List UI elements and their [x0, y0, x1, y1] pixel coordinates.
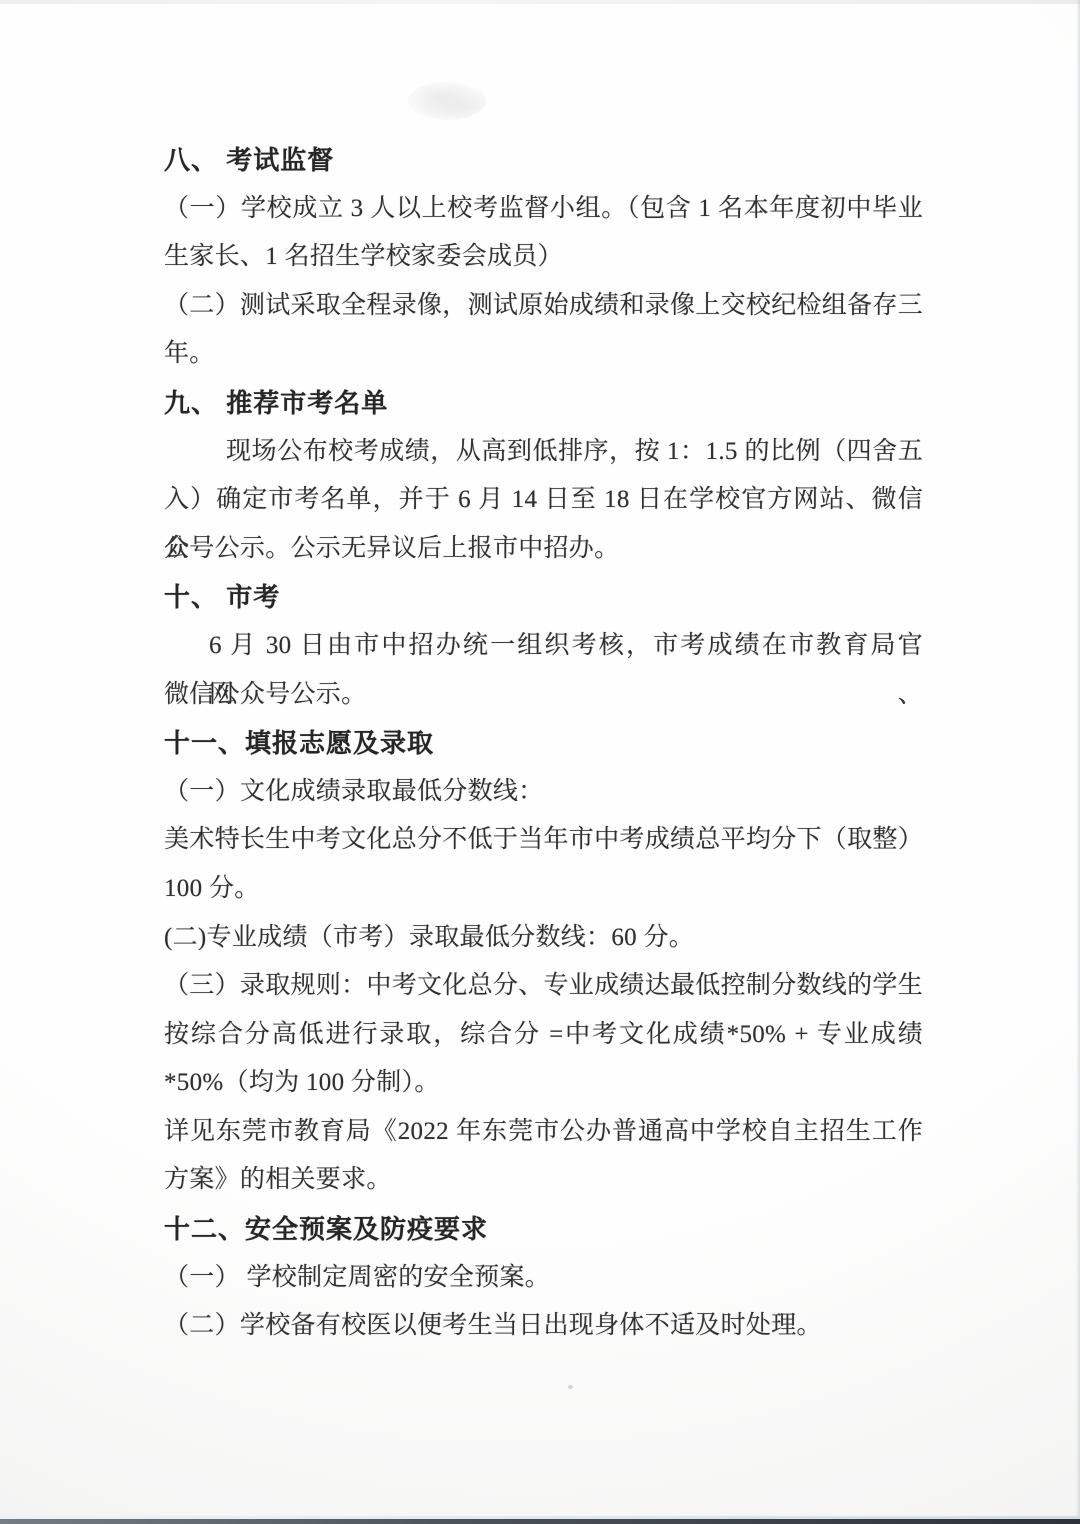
document-line: *50%（均为 100 分制）。 [164, 1059, 923, 1108]
document-lines: 八、 考试监督（一）学校成立 3 人以上校考监督小组。（包含 1 名本年度初中毕… [164, 136, 923, 1351]
scan-edge-top [0, 0, 1080, 4]
section-heading: 十一、填报志愿及录取 [164, 719, 923, 768]
document-line: 按综合分高低进行录取，综合分 =中考文化成绩*50% + 专业成绩 [164, 1011, 923, 1060]
document-line: 6 月 30 日由市中招办统一组织考核，市考成绩在市教育局官网、 [164, 622, 923, 671]
document-line: 生家长、1 名招生学校家委会成员） [164, 233, 923, 282]
document-line: 众号公示。公示无异议后上报市中招办。 [164, 525, 923, 574]
document-line: 入）确定市考名单，并于 6 月 14 日至 18 日在学校官方网站、微信公 [164, 476, 923, 525]
document-line: （二）测试采取全程录像，测试原始成绩和录像上交校纪检组备存三 [164, 282, 923, 331]
document-line: （一）学校成立 3 人以上校考监督小组。（包含 1 名本年度初中毕业 [164, 185, 923, 234]
section-heading: 十二、安全预案及防疫要求 [164, 1205, 923, 1254]
document-line: （一） 学校制定周密的安全预案。 [164, 1254, 923, 1303]
document-line: 100 分。 [164, 865, 923, 914]
document-line: 美术特长生中考文化总分不低于当年市中考成绩总平均分下（取整） [164, 816, 923, 865]
document-line: (二)专业成绩（市考）录取最低分数线：60 分。 [164, 914, 923, 963]
scan-edge-right [1076, 0, 1080, 1524]
document-line: 现场公布校考成绩，从高到低排序，按 1：1.5 的比例（四舍五 [164, 428, 923, 477]
section-heading: 八、 考试监督 [164, 136, 923, 185]
document-line: 年。 [164, 330, 923, 379]
document-line: （三）录取规则：中考文化总分、专业成绩达最低控制分数线的学生 [164, 962, 923, 1011]
document-line: （二）学校备有校医以便考生当日出现身体不适及时处理。 [164, 1302, 923, 1351]
scan-dot [568, 1385, 573, 1389]
scan-edge-bottom [0, 1519, 1080, 1524]
document-line: （一）文化成绩录取最低分数线： [164, 768, 923, 817]
document-page: 八、 考试监督（一）学校成立 3 人以上校考监督小组。（包含 1 名本年度初中毕… [0, 0, 1080, 1524]
document-line: 详见东莞市教育局《2022 年东莞市公办普通高中学校自主招生工作 [164, 1108, 923, 1157]
document-line: 方案》的相关要求。 [164, 1156, 923, 1205]
section-heading: 十、 市考 [164, 573, 923, 622]
scan-smudge [408, 82, 486, 120]
section-heading: 九、 推荐市考名单 [164, 379, 923, 428]
